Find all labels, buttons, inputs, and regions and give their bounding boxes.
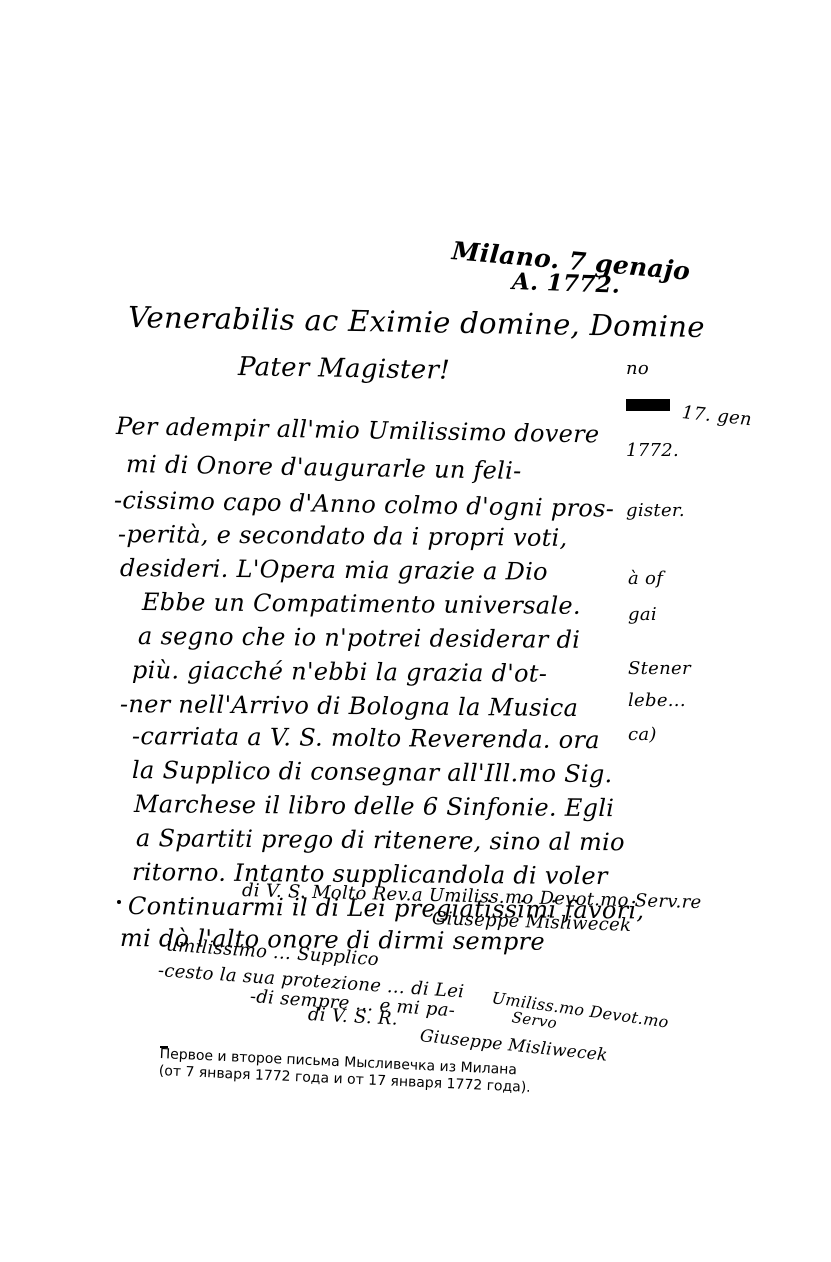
margin-fragment: gai bbox=[628, 604, 657, 625]
body-line: Ebbe un Compatimento universale. bbox=[142, 588, 581, 620]
margin-fragment: no bbox=[626, 358, 649, 379]
margin-fragment: à of bbox=[628, 568, 663, 589]
margin-fragment: 1772. bbox=[626, 440, 679, 461]
body-line: desideri. L'Opera mia grazie a Dio bbox=[120, 554, 548, 586]
margin-fragment: ca) bbox=[628, 724, 657, 745]
body-line: mi di Onore d'augurarle un feli- bbox=[126, 450, 522, 485]
margin-fragment: lebe... bbox=[628, 690, 686, 711]
body-line: più. giacché n'ebbi la grazia d'ot- bbox=[132, 656, 547, 688]
body-line: la Supplico di consegnar all'Ill.mo Sig. bbox=[132, 756, 613, 788]
body-line: a Spartiti prego di ritenere, sino al mi… bbox=[136, 824, 625, 856]
body-line: Marchese il libro delle 6 Sinfonie. Egli bbox=[134, 790, 614, 822]
body-line: a segno che io n'potrei desiderar di bbox=[138, 622, 580, 654]
salutation-line-1: Venerabilis ac Eximie domine, Domine bbox=[128, 300, 705, 344]
ink-dot bbox=[117, 900, 121, 904]
body-line: -cissimo capo d'Anno colmo d'ogni pros- bbox=[114, 486, 615, 523]
second-letter-line: di V. S. R. bbox=[307, 1004, 398, 1030]
scanned-page: Milano. 7 genajo A. 1772. Venerabilis ac… bbox=[0, 0, 831, 1262]
body-line: Per adempir all'mio Umilissimo dovere bbox=[116, 412, 600, 448]
body-line: -perità, e secondato da i propri voti, bbox=[118, 520, 568, 552]
body-line: -ner nell'Arrivo di Bologna la Musica bbox=[120, 690, 578, 722]
ink-blot bbox=[626, 399, 670, 411]
letter-year: A. 1772. bbox=[512, 268, 621, 299]
margin-fragment: gister. bbox=[626, 500, 685, 521]
salutation-line-2: Pater Magister! bbox=[238, 352, 450, 386]
margin-fragment: Stener bbox=[628, 658, 691, 679]
body-line: -carriata a V. S. molto Reverenda. ora bbox=[132, 722, 600, 754]
margin-fragment: 17. gen bbox=[681, 402, 753, 430]
